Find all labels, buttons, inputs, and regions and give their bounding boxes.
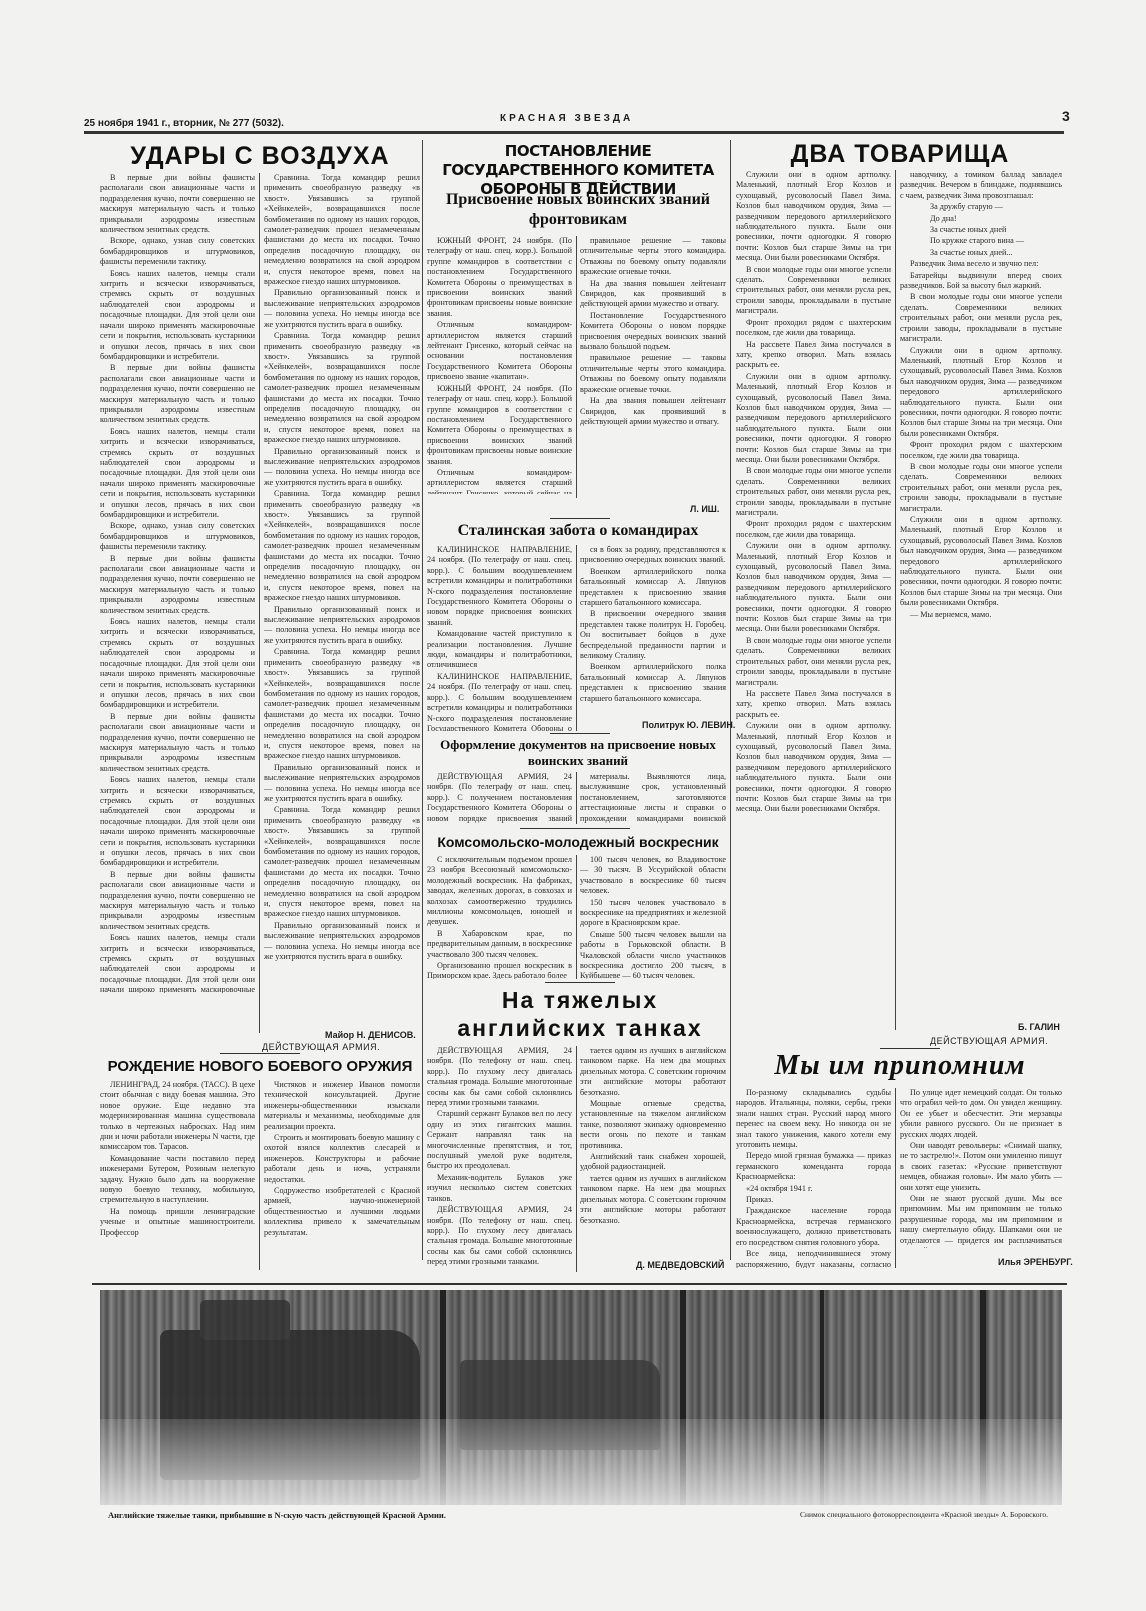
paragraph: правильное решение — таковы отличительны… <box>580 236 726 278</box>
article-postanovlenie-col2: правильное решение — таковы отличительны… <box>580 236 726 484</box>
paragraph: На два звания повышен лейтенант Свиридов… <box>580 396 726 427</box>
paragraph: Английский танк снабжен хорошей, удобной… <box>580 1152 726 1173</box>
paragraph: С исключительным подъемом прошел 23 нояб… <box>427 855 572 928</box>
article-tanki-signature: Д. МЕДВЕДОВСКИЙ <box>636 1260 724 1270</box>
column-divider <box>422 140 423 1260</box>
paragraph: «24 октября 1941 г. <box>736 1184 891 1194</box>
paragraph: Сравнина. Тогда командир решил применить… <box>264 173 420 287</box>
paragraph: правильное решение — таковы отличительны… <box>580 353 726 395</box>
paragraph: Отличным командиром-артиллеристом являет… <box>427 468 572 494</box>
paragraph: В первые дни войны фашисты располагали с… <box>100 554 255 616</box>
separator-rule <box>520 828 630 829</box>
paragraph: В свои молодые годы они многое успели сд… <box>736 466 891 518</box>
paragraph: В свои молодые годы они многое успели сд… <box>736 265 891 317</box>
paragraph: наводчику, а томиком баллад завладел раз… <box>900 170 1062 201</box>
article-oformlenie-col2: материалы. Выявляются лица, выслужившие … <box>580 772 726 824</box>
article-oformlenie-col1: ДЕЙСТВУЮЩАЯ АРМИЯ, 24 ноября. (По телегр… <box>427 772 572 824</box>
paragraph: Батарейцы выдвинули вперед своих разведч… <box>900 271 1062 292</box>
article-headline-stalinskaya: Сталинская забота о командирах <box>428 522 728 540</box>
paragraph: Служили они в одном артполку. Маленький,… <box>736 170 891 264</box>
column-divider <box>576 855 577 979</box>
verse-line: За счастье юных дней... <box>900 248 1062 258</box>
article-dva-tovarishcha-dateline: ДЕЙСТВУЮЩАЯ АРМИЯ. <box>930 1036 1048 1046</box>
paragraph: Свыше 500 тысяч человек вышли на работы … <box>580 930 726 979</box>
paragraph: ДЕЙСТВУЮЩАЯ АРМИЯ, 24 ноября. (По телефо… <box>427 1046 572 1108</box>
separator-rule <box>550 518 610 519</box>
paragraph: Содружество изобретателей с Красной арми… <box>264 1186 420 1238</box>
paragraph: На рассвете Павел Зима постучался в хату… <box>736 340 891 371</box>
separator-rule <box>550 733 610 734</box>
paragraph: ДЕЙСТВУЮЩАЯ АРМИЯ, 24 ноября. (По телегр… <box>427 772 572 824</box>
photo-top-rule <box>92 1283 1067 1285</box>
column-divider <box>895 1088 896 1268</box>
newspaper-title: КРАСНАЯ ЗВЕЗДА <box>500 113 633 124</box>
article-voskresnik-col2: 100 тысяч человек, во Владивостоке — 30 … <box>580 855 726 979</box>
paragraph: Правильно организованный поиск и выслежи… <box>264 605 420 647</box>
paragraph: Сравнина. Тогда командир решил применить… <box>264 331 420 445</box>
paragraph: ДЕЙСТВУЮЩАЯ АРМИЯ, 24 ноября. (По телефо… <box>427 1205 572 1267</box>
separator-rule <box>880 1048 940 1049</box>
column-divider <box>576 772 577 824</box>
paragraph: ЮЖНЫЙ ФРОНТ, 24 ноября. (По телеграфу от… <box>427 384 572 467</box>
paragraph: Служили они в одном артполку. Маленький,… <box>736 372 891 466</box>
paragraph: В свои молодые годы они многое успели сд… <box>736 636 891 688</box>
paragraph: На рассвете Павел Зима постучался в хату… <box>736 689 891 720</box>
paragraph: Они наводят револьверы: «Снимай шапку, н… <box>900 1141 1062 1193</box>
paragraph: тается одним из лучших в английском танк… <box>580 1046 726 1098</box>
issue-date-line: 25 ноября 1941 г., вторник, № 277 (5032)… <box>84 118 284 129</box>
paragraph: КАЛИНИНСКОЕ НАПРАВЛЕНИЕ, 24 ноября. (По … <box>427 672 572 731</box>
paragraph: Все лица, неподчинившиеся этому распоряж… <box>736 1249 891 1268</box>
paragraph: В свои молодые годы они многое успели сд… <box>900 292 1062 344</box>
paragraph: Приказ. <box>736 1195 891 1205</box>
paragraph: Боясь наших налетов, немцы стали хитрить… <box>100 269 255 363</box>
paragraph: Старший сержант Булаков вел по лесу одну… <box>427 1109 572 1171</box>
article-dva-tovarishcha-col1: Служили они в одном артполку. Маленький,… <box>736 170 891 1028</box>
paragraph: Мощные огневые средства, установленные н… <box>580 1099 726 1151</box>
paragraph: Разведчик Зима весело и звучно пел: <box>900 259 1062 269</box>
article-udary-signature: Майор Н. ДЕНИСОВ. <box>325 1030 416 1040</box>
paragraph: тается одним из лучших в английском танк… <box>580 1174 726 1226</box>
paragraph: Правильно организованный поиск и выслежи… <box>264 763 420 805</box>
paragraph: Служили они в одном артполку. Маленький,… <box>736 541 891 635</box>
paragraph: Сравнина. Тогда командир решил применить… <box>264 489 420 603</box>
paragraph: Отличным командиром-артиллеристом являет… <box>427 320 572 382</box>
paragraph: Фронт проходил рядом с шахтерским поселк… <box>900 440 1062 461</box>
paragraph: Фронт проходил рядом с шахтерским поселк… <box>736 318 891 339</box>
paragraph: По улице идет немецкий солдат. Он только… <box>900 1088 1062 1140</box>
paragraph: Вскоре, однако, узнав силу советских бом… <box>100 236 255 267</box>
paragraph: В первые дни войны фашисты располагали с… <box>100 870 255 932</box>
paragraph: ЛЕНИНГРАД, 24 ноября. (ТАСС). В цехе сто… <box>100 1080 255 1153</box>
verse-line: По кружке старого вина — <box>900 236 1062 246</box>
article-subheadline-prisvoenie: Присвоение новых воинских званий фронтов… <box>428 190 728 230</box>
column-divider <box>576 1046 577 1272</box>
column-divider <box>259 173 260 1033</box>
snow-ground <box>100 1419 1062 1505</box>
paragraph: В свои молодые годы они многое успели сд… <box>900 462 1062 514</box>
paragraph: На два звания повышен лейтенант Свиридов… <box>580 279 726 310</box>
paragraph: В первые дни войны фашисты располагали с… <box>100 173 255 235</box>
separator-rule <box>545 982 615 983</box>
article-headline-tanki: На тяжелых английских танках <box>440 986 720 1042</box>
paragraph: Боясь наших налетов, немцы стали хитрить… <box>100 933 255 993</box>
paragraph: Они не знают русской души. Мы все припом… <box>900 1194 1062 1248</box>
paragraph: Правильно организованный поиск и выслежи… <box>264 447 420 489</box>
verse-line: За дружбу старую — <box>900 202 1062 212</box>
article-headline-rozhdenie: РОЖДЕНИЕ НОВОГО БОЕВОГО ОРУЖИЯ <box>100 1058 420 1075</box>
article-headline-voskresnik: Комсомольско-молодежный воскресник <box>428 834 728 850</box>
paragraph: В первые дни войны фашисты располагали с… <box>100 363 255 425</box>
article-postanovlenie-signature: Л. ИШ. <box>690 504 719 514</box>
newspaper-page: 25 ноября 1941 г., вторник, № 277 (5032)… <box>0 0 1146 1611</box>
article-pripomnim-signature: Илья ЭРЕНБУРГ. <box>998 1257 1073 1267</box>
paragraph: Сравнина. Тогда командир решил применить… <box>264 805 420 919</box>
paragraph: Строить и монтировать боевую машину с ох… <box>264 1133 420 1185</box>
paragraph: 150 тысяч человек участвовало в воскресн… <box>580 898 726 929</box>
paragraph: Передо мной грязная бумажка — приказ гер… <box>736 1151 891 1182</box>
article-headline-udary: УДАРЫ С ВОЗДУХА <box>100 142 420 171</box>
article-postanovlenie-col1: ЮЖНЫЙ ФРОНТ, 24 ноября. (По телеграфу от… <box>427 236 572 494</box>
paragraph: Вскоре, однако, узнав силу советских бом… <box>100 521 255 552</box>
paragraph: Постановление Государственного Комитета … <box>580 311 726 353</box>
paragraph: Боясь наших налетов, немцы стали хитрить… <box>100 617 255 711</box>
article-udary-dateline: ДЕЙСТВУЮЩАЯ АРМИЯ. <box>262 1042 380 1052</box>
paragraph: Гражданское население города Красноармей… <box>736 1206 891 1248</box>
paragraph: Правильно организованный поиск и выслежи… <box>264 921 420 963</box>
verse-line: До дна! <box>900 214 1062 224</box>
photo-caption: Английские тяжелые танки, прибывшие в N-… <box>108 1510 446 1520</box>
paragraph: Чистяков и инженер Иванов помогли технич… <box>264 1080 420 1132</box>
paragraph: ЮЖНЫЙ ФРОНТ, 24 ноября. (По телеграфу от… <box>427 236 572 319</box>
paragraph: 100 тысяч человек, во Владивостоке — 30 … <box>580 855 726 897</box>
paragraph: материалы. Выявляются лица, выслужившие … <box>580 772 726 824</box>
paragraph: Боясь наших налетов, немцы стали хитрить… <box>100 427 255 521</box>
article-voskresnik-col1: С исключительным подъемом прошел 23 нояб… <box>427 855 572 979</box>
article-udary-col2: Сравнина. Тогда командир решил применить… <box>264 173 420 1003</box>
article-udary-col1: В первые дни войны фашисты располагали с… <box>100 173 255 993</box>
article-stalinskaya-col2: ся в боях за родину, представляются к пр… <box>580 545 726 720</box>
article-tanki-col2: тается одним из лучших в английском танк… <box>580 1046 726 1254</box>
paragraph: Фронт проходил рядом с шахтерским поселк… <box>736 519 891 540</box>
article-tanki-col1: ДЕЙСТВУЮЩАЯ АРМИЯ, 24 ноября. (По телефо… <box>427 1046 572 1272</box>
paragraph: Военком артиллерийского полка батальонны… <box>580 567 726 609</box>
paragraph: Боясь наших налетов, немцы стали хитрить… <box>100 775 255 869</box>
paragraph: Военком артиллерийского полка батальонны… <box>580 662 726 704</box>
paragraph: В присвоении очередного звания представл… <box>580 609 726 661</box>
page-number: 3 <box>1062 108 1070 124</box>
paragraph: На помощь пришли ленинградские ученые и … <box>100 1207 255 1238</box>
masthead-rule <box>84 131 1064 134</box>
paragraph: Сравнина. Тогда командир решил применить… <box>264 647 420 761</box>
separator-rule <box>545 182 605 183</box>
paragraph: КАЛИНИНСКОЕ НАПРАВЛЕНИЕ, 24 ноября. (По … <box>427 545 572 628</box>
article-headline-pripomnim: Мы им припомним <box>735 1050 1065 1082</box>
article-pripomnim-col2: По улице идет немецкий солдат. Он только… <box>900 1088 1062 1248</box>
column-divider <box>895 170 896 1030</box>
article-headline-dva-tovarishcha: ДВА ТОВАРИЩА <box>735 140 1065 169</box>
paragraph: Организованно прошел воскресник в Примор… <box>427 961 572 979</box>
paragraph: Служили они в одном артполку. Маленький,… <box>736 721 891 815</box>
article-headline-oformlenie: Оформление документов на присвоение новы… <box>428 737 728 769</box>
paragraph: — Мы вернемся, мамо. <box>900 610 1062 620</box>
paragraph: Механик-водитель Булаков уже изучил неск… <box>427 1173 572 1204</box>
paragraph: Служили они в одном артполку. Маленький,… <box>900 346 1062 440</box>
paragraph: ся в боях за родину, представляются к пр… <box>580 545 726 566</box>
paragraph: Командование частей приступило к реализа… <box>427 629 572 671</box>
paragraph: По-разному складывались судьбы народов. … <box>736 1088 891 1150</box>
column-divider <box>259 1080 260 1270</box>
article-rozhdenie-col1: ЛЕНИНГРАД, 24 ноября. (ТАСС). В цехе сто… <box>100 1080 255 1270</box>
article-pripomnim-col1: По-разному складывались судьбы народов. … <box>736 1088 891 1268</box>
column-divider <box>576 236 577 498</box>
article-rozhdenie-col2: Чистяков и инженер Иванов помогли технич… <box>264 1080 420 1270</box>
article-dva-tovarishcha-col2: наводчику, а томиком баллад завладел раз… <box>900 170 1062 1000</box>
paragraph: Командование части поставило перед инжен… <box>100 1154 255 1206</box>
verse-line: За счастье юных дней <box>900 225 1062 235</box>
paragraph: В Хабаровском крае, по предварительным д… <box>427 929 572 960</box>
article-stalinskaya-signature: Политрук Ю. ЛЕВИН. <box>642 720 735 730</box>
paragraph: В первые дни войны фашисты располагали с… <box>100 712 255 774</box>
photo-british-tanks <box>100 1290 1062 1505</box>
paragraph: Правильно организованный поиск и выслежи… <box>264 288 420 330</box>
photo-credit: Снимок специального фотокорреспондента «… <box>800 1510 1048 1519</box>
article-stalinskaya-col1: КАЛИНИНСКОЕ НАПРАВЛЕНИЕ, 24 ноября. (По … <box>427 545 572 731</box>
column-divider <box>730 140 731 1260</box>
separator-rule <box>220 1053 300 1054</box>
column-divider <box>576 545 577 731</box>
paragraph: Служили они в одном артполку. Маленький,… <box>900 515 1062 609</box>
article-dva-tovarishcha-signature: Б. ГАЛИН <box>1018 1022 1060 1032</box>
